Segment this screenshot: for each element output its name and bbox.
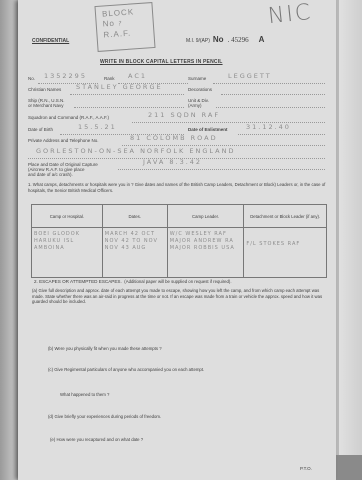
ship-label: Ship (R.N., U.S.N.or Merchant Navy [28, 98, 65, 108]
capture-value[interactable]: JAVA 8.3.42 [143, 158, 202, 166]
table-row: BOEI GLODOK HARUKU ISL AMBOINA MARCH 42 … [32, 228, 327, 278]
dob-value[interactable]: 15.5.21 [78, 123, 117, 131]
decorations-label: Decorations [188, 87, 212, 92]
question-2a: (a) Give full description and approx. da… [32, 288, 328, 305]
surname-value[interactable]: LEGGETT [228, 72, 272, 80]
form-page: BLOCK No ? R.A.F. NIC CONFIDENTIAL M.I. … [18, 0, 336, 480]
question-2c: (c) Give Regimental particulars of anyon… [48, 367, 204, 372]
stamp-line-3: R.A.F. [103, 27, 148, 40]
cell-block-leader[interactable]: F/L STOKES RAF [244, 228, 327, 278]
no-label: No. [28, 76, 35, 81]
form-number: M.I. 9/(AP)No. 45296A [186, 35, 264, 44]
unit-label: Unit & Div.(Army) [188, 98, 209, 108]
cell-camp[interactable]: BOEI GLODOK HARUKU ISL AMBOINA [32, 228, 103, 278]
col-dates: Dates. [102, 205, 167, 228]
handwritten-annotation: NIC [267, 0, 314, 29]
question-1: 1. What camps, detachments or hospitals … [28, 182, 328, 194]
col-camp: Camp or Hospital. [32, 205, 103, 228]
form-instruction: WRITE IN BLOCK CAPITAL LETTERS IN PENCIL [100, 59, 223, 65]
question-2b: (b) Were you physically fit when you mad… [48, 346, 162, 351]
question-2c-followup: What happened to them ? [60, 392, 109, 397]
block-stamp: BLOCK No ? R.A.F. [94, 2, 155, 52]
address-value-1[interactable]: 81 COLOMB ROAD [130, 134, 218, 142]
cell-dates[interactable]: MARCH 42 OCT NOV 42 TO NOV NOV 43 AUG [102, 228, 167, 278]
enlistment-label: Date of Enlistment [188, 127, 228, 132]
no-value[interactable]: 1352295 [44, 72, 87, 80]
squadron-label: Squadron and Command (R.A.F., A.A.F.) [28, 115, 109, 120]
question-2d: (d) Give briefly your experiences during… [48, 414, 161, 419]
christian-names-value[interactable]: STANLEY GEORGE [76, 83, 163, 91]
enlistment-value[interactable]: 31.12.40 [246, 123, 291, 131]
cell-camp-leader[interactable]: W/C WESLEY RAF MAJOR ANDREW RA MAJOR ROB… [167, 228, 244, 278]
squadron-value[interactable]: 211 SQDN RAF [148, 111, 220, 119]
page-edge [336, 0, 339, 480]
pto-label: P.T.O. [300, 466, 312, 471]
classification-label: CONFIDENTIAL [32, 38, 69, 44]
ship-line [74, 100, 184, 108]
dob-label: Date of Birth [28, 127, 53, 132]
christian-names-label: Christian Names [28, 87, 61, 92]
unit-line [216, 100, 325, 108]
section-2-title: 2. ESCAPES OR ATTEMPTED ESCAPES. (Additi… [34, 279, 232, 284]
col-camp-leader: Camp Leader. [167, 205, 244, 228]
decorations-line [221, 87, 325, 95]
rank-label: Rank [104, 76, 115, 81]
address-label: Private Address and Telephone No. [28, 138, 98, 143]
camps-table: Camp or Hospital. Dates. Camp Leader. De… [31, 204, 327, 278]
capture-label: Place and Date of Original Capture(Aircr… [28, 162, 98, 177]
question-2e: (e) How were you recaptured and on what … [50, 437, 143, 442]
rank-value[interactable]: AC1 [128, 72, 147, 80]
col-block-leader: Detachment or Block Leader (if any). [244, 205, 327, 228]
surname-label: Surname [188, 76, 206, 81]
address-value-2[interactable]: GORLESTON-ON-SEA NORFOLK ENGLAND [36, 147, 235, 155]
